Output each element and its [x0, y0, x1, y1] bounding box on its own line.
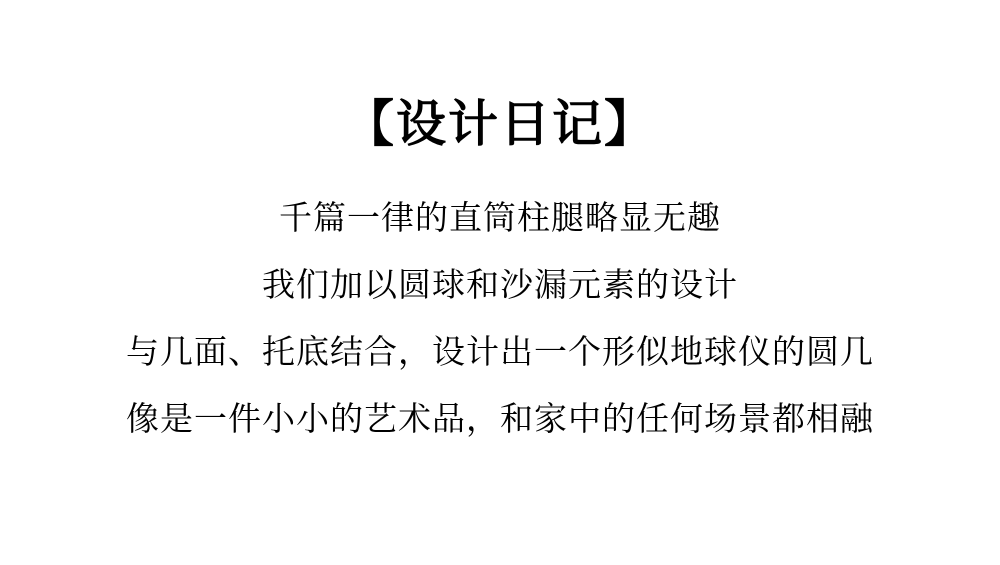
body-line-4: 像是一件小小的艺术品，和家中的任何场景都相融: [126, 401, 874, 437]
body-line-3: 与几面、托底结合，设计出一个形似地球仪的圆几: [126, 334, 874, 370]
body-line-2: 我们加以圆球和沙漏元素的设计: [262, 267, 738, 303]
body-line-1: 千篇一律的直筒柱腿略显无趣: [279, 200, 721, 236]
page-title: 【设计日记】: [344, 96, 656, 154]
design-diary-page: 【设计日记】 千篇一律的直筒柱腿略显无趣 我们加以圆球和沙漏元素的设计 与几面、…: [0, 0, 1000, 565]
body-text-block: 千篇一律的直筒柱腿略显无趣 我们加以圆球和沙漏元素的设计 与几面、托底结合，设计…: [126, 200, 874, 437]
